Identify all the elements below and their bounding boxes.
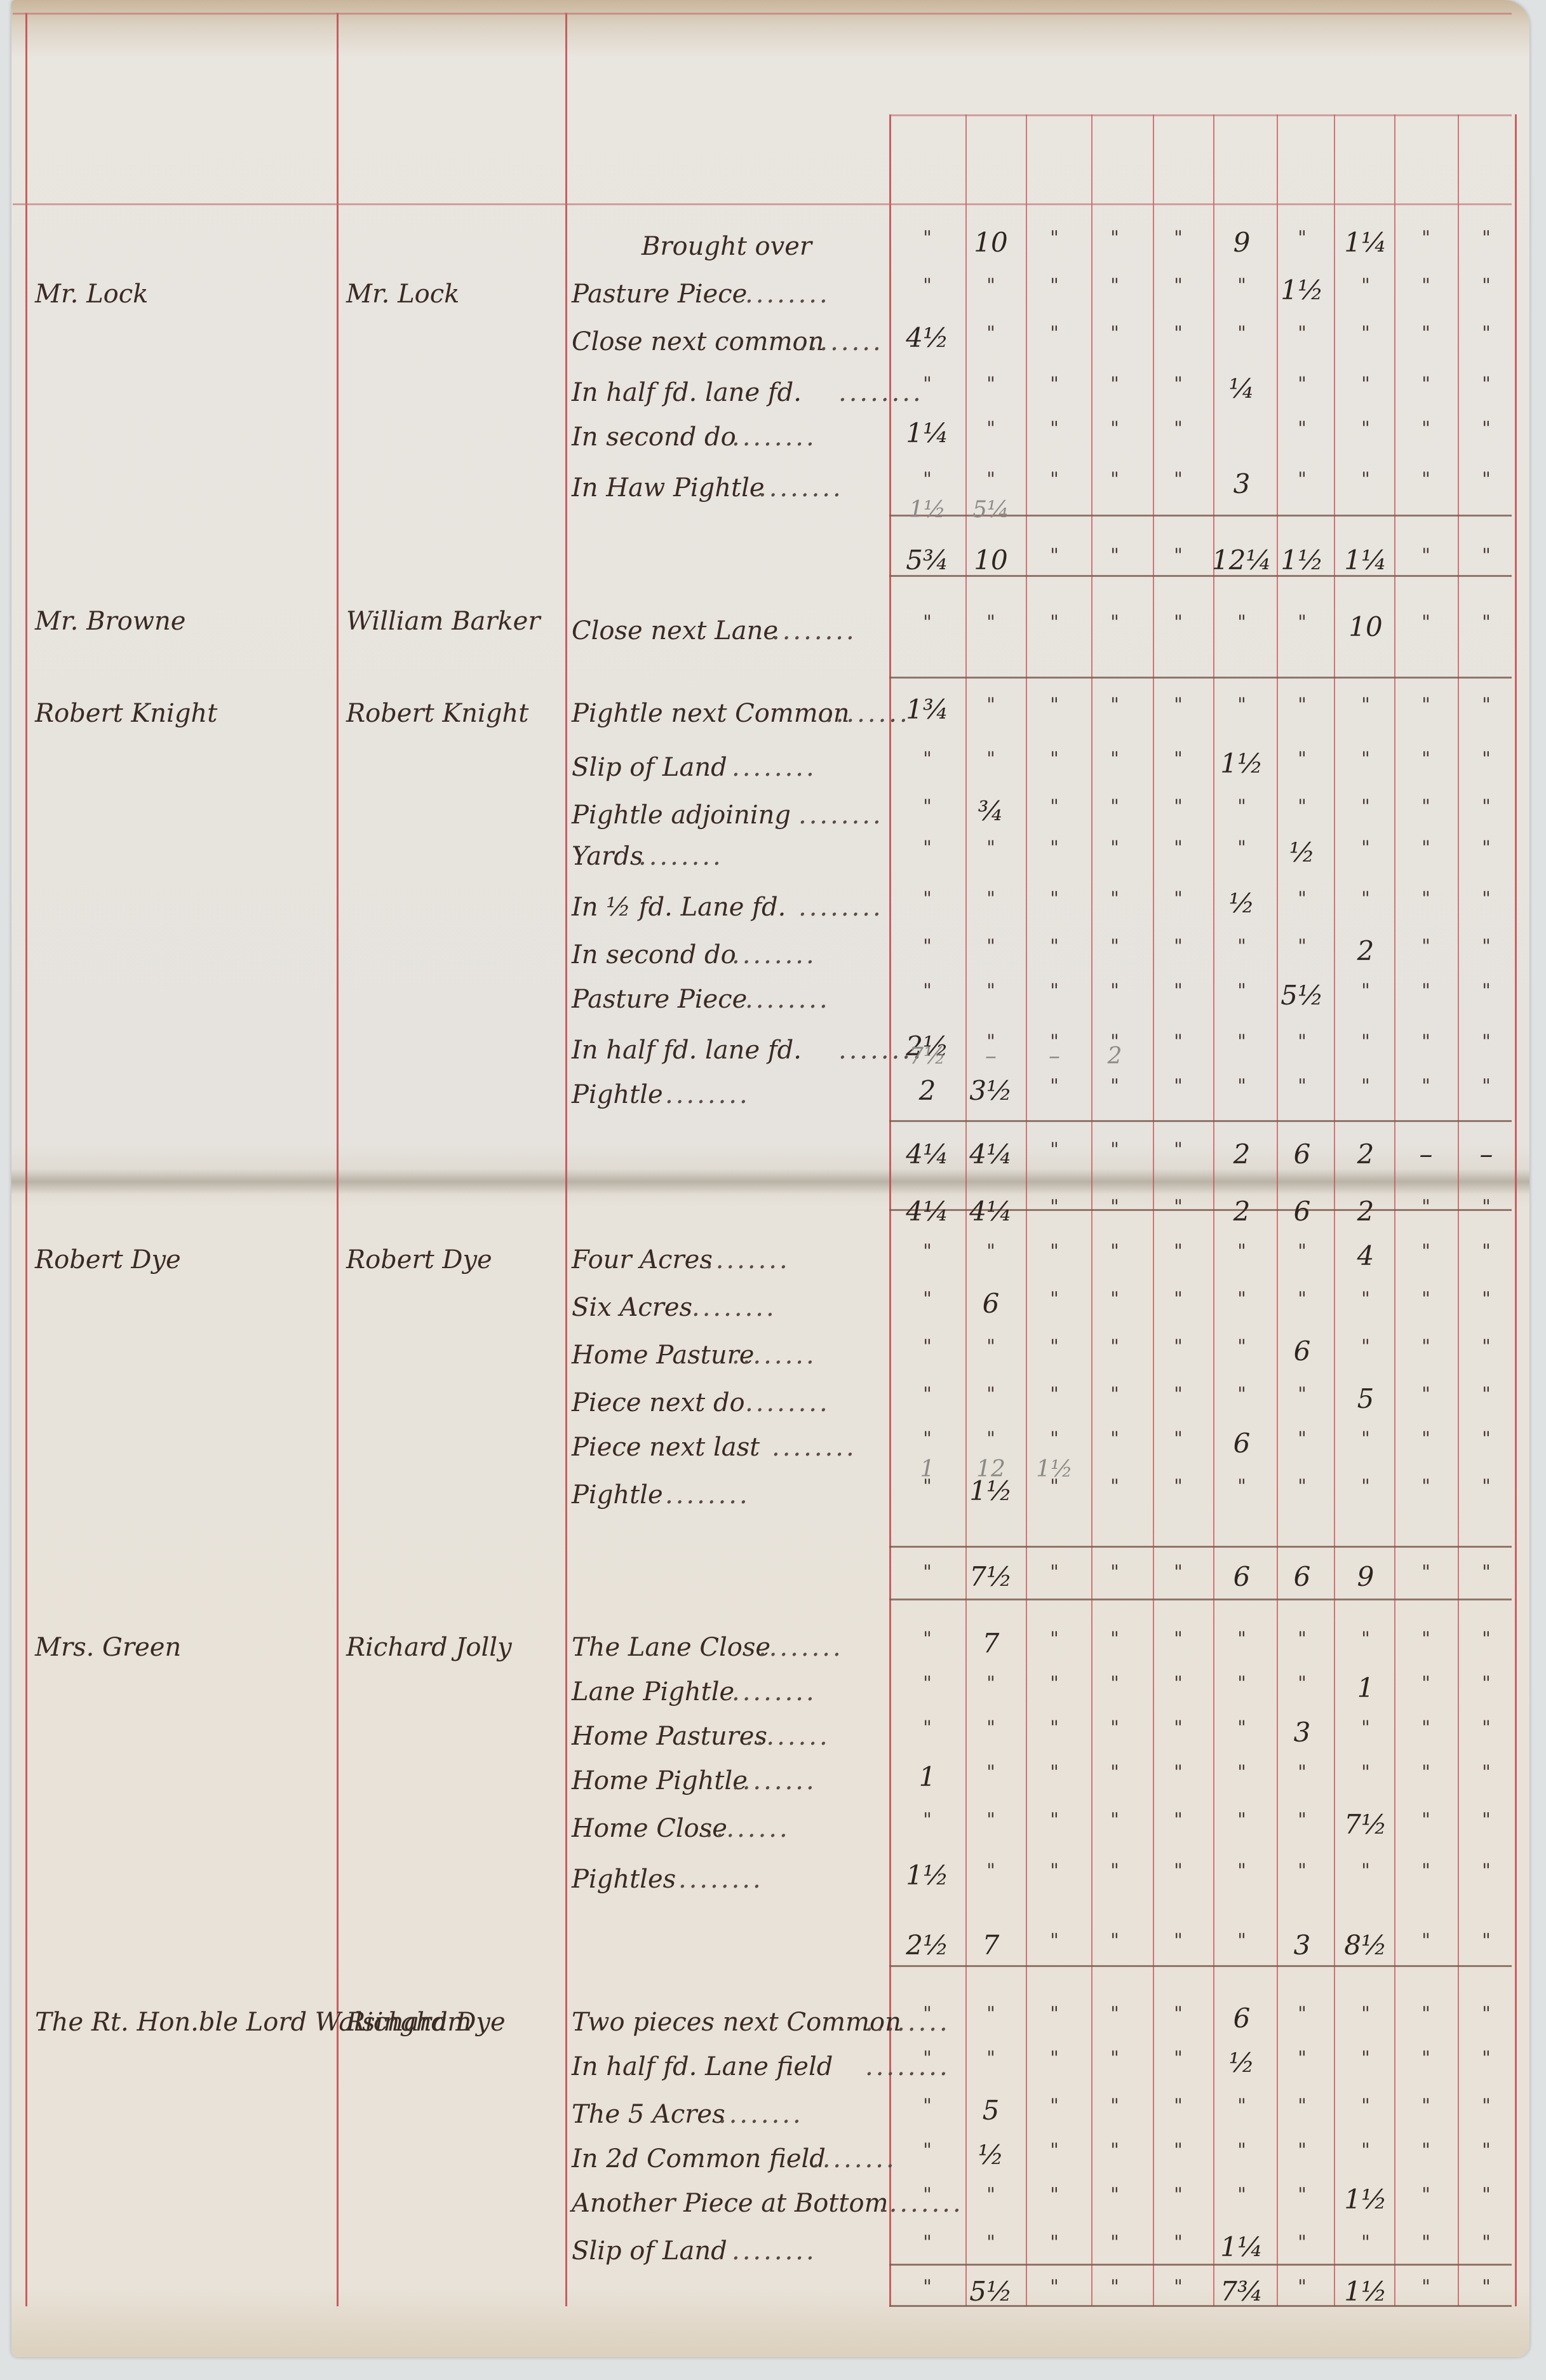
acreage-cell: " (1448, 2047, 1524, 2069)
leader-dots: ........ (745, 985, 830, 1014)
leader-dots: ........ (732, 2236, 817, 2266)
leader-dots: ........ (732, 1341, 817, 1370)
land-description: Home Pasture (572, 1341, 754, 1370)
acreage-cell: " (1448, 795, 1524, 818)
land-description: Piece next do (572, 1388, 745, 1417)
land-description: Home Close (572, 1814, 727, 1843)
land-description: In second do (572, 423, 736, 452)
row-rule (889, 1599, 1512, 1600)
acreage-cell: " (1448, 837, 1524, 859)
proprietor-name: Mr. Lock (35, 280, 148, 309)
acreage-cell: " (1448, 1383, 1524, 1405)
acreage-cell: " (1448, 1075, 1524, 1097)
land-description: Home Pightle (572, 1766, 748, 1795)
leader-dots: ........ (772, 616, 857, 646)
row-rule (889, 677, 1512, 679)
column-rule (25, 13, 27, 2306)
acreage-cell: 1½ (1016, 1456, 1092, 1482)
land-description: Pightles (572, 1865, 676, 1894)
leader-dots: ........ (758, 1633, 844, 1662)
acreage-cell: " (1448, 1428, 1524, 1450)
land-description: In second do (572, 940, 736, 970)
acreage-cell: 5¼ (953, 497, 1029, 523)
acreage-cell: " (1448, 227, 1524, 249)
leader-dots: ........ (692, 1293, 777, 1322)
acreage-cell: " (1448, 1196, 1524, 1218)
acreage-cell: " (1140, 417, 1216, 440)
acreage-cell: " (1448, 1288, 1524, 1310)
acreage-cell: " (1448, 935, 1524, 957)
row-rule (889, 1965, 1512, 1967)
row-rule (889, 2264, 1512, 2266)
acreage-cell: " (1448, 2003, 1524, 2025)
land-description: Four Acres (572, 1245, 713, 1275)
land-description: Pightle next Common (572, 699, 850, 728)
column-rule (337, 13, 339, 2306)
leader-dots: ........ (732, 940, 817, 970)
acreage-cell: " (1448, 1761, 1524, 1783)
land-description: Yards (572, 842, 643, 871)
leader-dots: ........ (745, 1388, 830, 1417)
land-description: Two pieces next Common (572, 2008, 901, 2037)
acreage-cell: " (1448, 322, 1524, 344)
leader-dots: ........ (705, 1245, 790, 1275)
acreage-cell: " (1448, 888, 1524, 910)
land-description: Close next Lane (572, 616, 778, 646)
occupier-name: Richard Dye (346, 2008, 506, 2037)
land-description: In Haw Pightle (572, 473, 765, 503)
leader-dots: ........ (705, 1814, 790, 1843)
acreage-cell: " (1448, 417, 1524, 440)
land-description: Pightle (572, 1480, 663, 1510)
leader-dots: ........ (812, 2144, 897, 2174)
proprietor-name: Robert Dye (35, 1245, 181, 1275)
acreage-cell: 2 (1077, 1043, 1153, 1069)
leader-dots: ........ (798, 327, 884, 356)
land-description: In ½ fd. Lane fd. (572, 893, 786, 922)
acreage-cell: " (1448, 1930, 1524, 1952)
leader-dots: ........ (745, 280, 830, 309)
leader-dots: ........ (665, 1480, 750, 1510)
land-description: Slip of Land (572, 2236, 727, 2266)
ledger-page: Mr. LockMr. LockBrought over"10"""9"1¼""… (11, 0, 1529, 2357)
acreage-cell: " (1448, 2184, 1524, 2206)
land-description: Pightle adjoining (572, 801, 791, 830)
land-description: The Lane Close (572, 1633, 770, 1662)
leader-dots: ........ (665, 1080, 750, 1109)
land-description: Pightle (572, 1080, 663, 1109)
acreage-cell: " (1448, 373, 1524, 395)
acreage-cell: " (1448, 1809, 1524, 1831)
leader-dots: ........ (798, 893, 884, 922)
acreage-cell: " (1448, 611, 1524, 633)
leader-dots: ........ (678, 1865, 763, 1894)
leader-dots: ........ (732, 753, 817, 782)
row-rule (889, 1120, 1512, 1122)
column-rule (565, 13, 567, 2306)
acreage-cell: " (1448, 1240, 1524, 1262)
occupier-name: Robert Dye (346, 1245, 492, 1275)
land-description: In half fd. lane fd. (572, 1036, 802, 1065)
occupier-name: William Barker (346, 607, 540, 636)
proprietor-name: Mrs. Green (35, 1633, 181, 1662)
land-description: Pasture Piece (572, 985, 747, 1014)
row-rule (889, 114, 1512, 116)
leader-dots: ........ (732, 423, 817, 452)
land-description: In half fd. lane fd. (572, 378, 802, 407)
acreage-cell: " (1448, 748, 1524, 770)
land-description: In half fd. Lane field (572, 2052, 833, 2081)
leader-dots: ........ (758, 473, 844, 503)
leader-dots: ........ (638, 842, 723, 871)
acreage-cell: " (1448, 544, 1524, 567)
acreage-cell: " (1448, 1717, 1524, 1739)
acreage-cell: " (1448, 980, 1524, 1002)
occupier-name: Robert Knight (346, 699, 528, 728)
acreage-cell: " (1448, 694, 1524, 716)
leader-dots: ........ (732, 1766, 817, 1795)
row-rule (889, 1546, 1512, 1548)
acreage-cell: " (1448, 1475, 1524, 1498)
acreage-cell: " (1448, 274, 1524, 297)
acreage-cell: " (1448, 2095, 1524, 2117)
acreage-cell: " (1448, 2231, 1524, 2254)
acreage-cell: " (1448, 1561, 1524, 1583)
acreage-cell: " (1448, 1672, 1524, 1694)
acreage-cell: " (1448, 1031, 1524, 1053)
acreage-cell: " (1448, 1860, 1524, 1882)
occupier-name: Richard Jolly (346, 1633, 512, 1662)
occupier-name: Mr. Lock (346, 280, 459, 309)
leader-dots: ........ (718, 2100, 803, 2129)
leader-dots: ........ (745, 1722, 830, 1751)
land-description: Close next common (572, 327, 824, 356)
proprietor-name: Robert Knight (35, 699, 217, 728)
acreage-cell: " (1448, 2276, 1524, 2298)
acreage-cell: " (1448, 2139, 1524, 2161)
land-description: In 2d Common field (572, 2144, 826, 2174)
leader-dots: ........ (732, 1677, 817, 1707)
land-description: Six Acres (572, 1293, 692, 1322)
proprietor-name: Mr. Browne (35, 607, 185, 636)
land-description: The 5 Acres (572, 2100, 725, 2129)
land-description: Piece next last (572, 1433, 760, 1462)
acreage-cell: – (1448, 1139, 1524, 1170)
land-description: Slip of Land (572, 753, 727, 782)
acreage-cell: " (1448, 468, 1524, 490)
brought-over-label: Brought over (642, 232, 812, 261)
land-description: Home Pastures (572, 1722, 767, 1751)
land-description: Lane Pightle (572, 1677, 734, 1707)
leader-dots: ........ (798, 801, 884, 830)
page-fold (11, 1169, 1529, 1194)
land-description: Pasture Piece (572, 280, 747, 309)
row-rule (13, 203, 1512, 205)
land-description: Another Piece at Bottom (572, 2189, 889, 2218)
acreage-cell: " (1448, 1628, 1524, 1650)
acreage-cell: " (1448, 1335, 1524, 1358)
row-rule (13, 13, 1512, 15)
leader-dots: ........ (772, 1433, 857, 1462)
